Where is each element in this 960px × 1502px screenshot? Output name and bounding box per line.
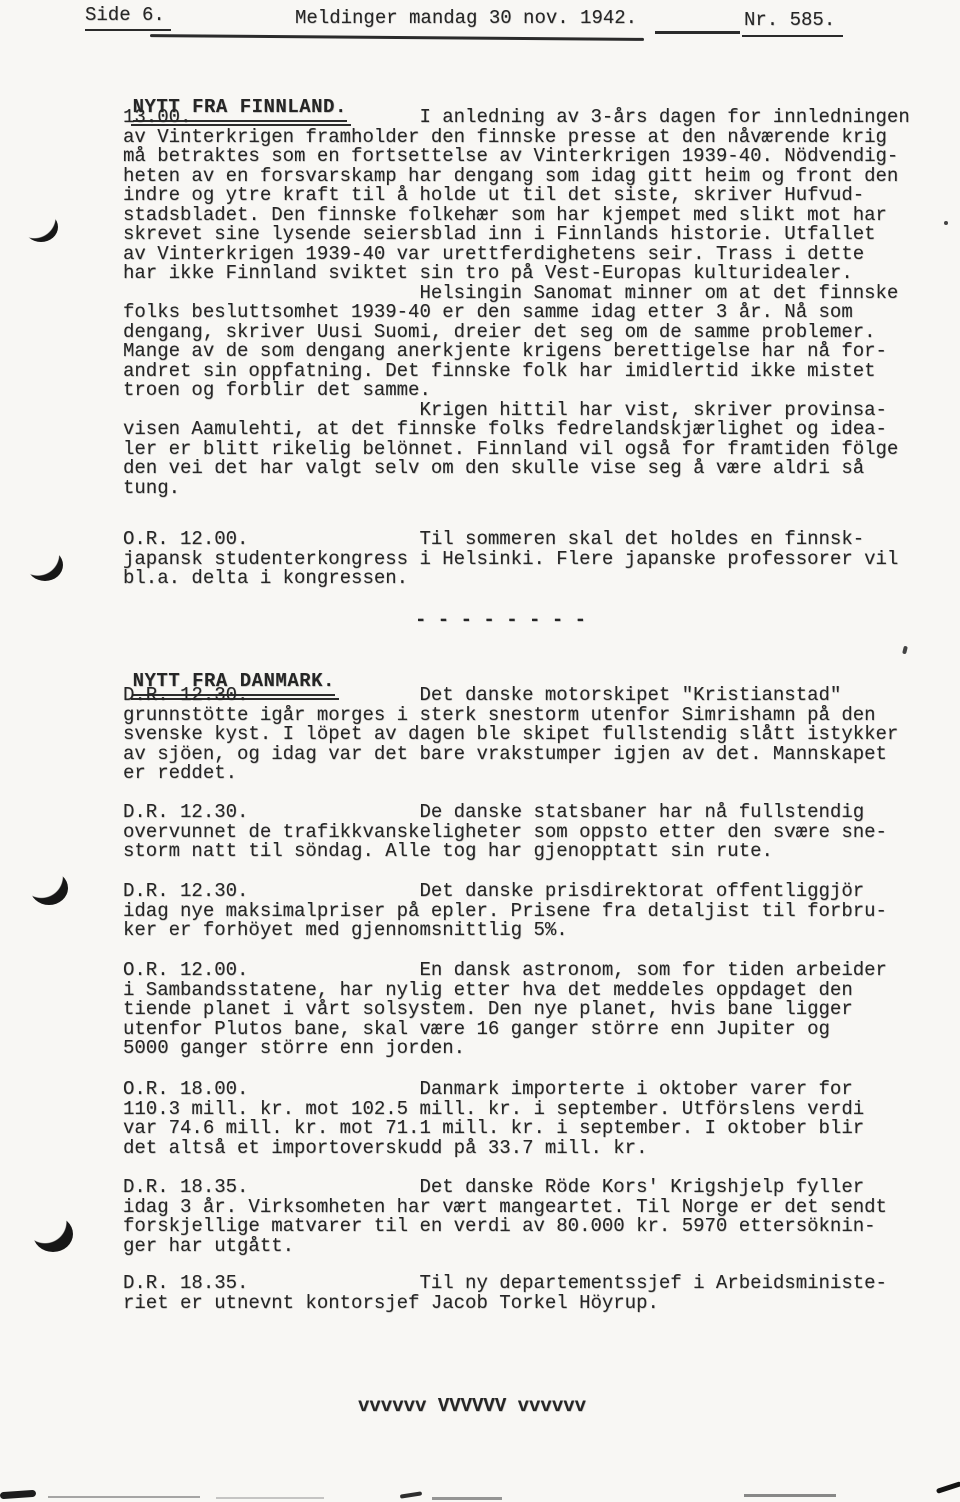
news-paragraph-danmark-astronom: O.R. 12.00. En dansk astronom, som for t… (123, 961, 887, 1059)
news-paragraph-finnland-or1200: O.R. 12.00. Til sommeren skal det holdes… (123, 530, 898, 589)
page-footer-mark: vvvvvv VVVVVV vvvvvv (358, 1395, 586, 1417)
header-underline-segment (655, 31, 740, 34)
ink-blot (24, 212, 58, 242)
scan-smudge (744, 1494, 836, 1497)
news-paragraph-danmark-import: O.R. 18.00. Danmark importerte i oktober… (123, 1080, 864, 1158)
page-number: Side 6. (85, 4, 171, 31)
news-paragraph-danmark-statsbaner: D.R. 12.30. De danske statsbaner har nå … (123, 803, 887, 862)
scan-smudge (0, 1490, 36, 1499)
header-underline (150, 34, 644, 40)
ink-speck (902, 646, 908, 655)
news-paragraph-danmark-rodekors: D.R. 18.35. Det danske Röde Kors' Krigsh… (123, 1178, 887, 1256)
ink-speck (944, 221, 948, 225)
scan-smudge (216, 1497, 324, 1499)
news-paragraph-finnland-1300: 13.00. I anledning av 3-års dagen for in… (123, 108, 910, 498)
news-paragraph-danmark-departementssjef: D.R. 18.35. Til ny departementssjef i Ar… (123, 1274, 887, 1313)
news-paragraph-danmark-kristianstad: D.R. 12.30. Det danske motorskipet "Kris… (123, 686, 898, 784)
section-divider: - - - - - - - - (415, 611, 586, 631)
news-paragraph-danmark-prisdirektorat: D.R. 12.30. Det danske prisdirektorat of… (123, 882, 887, 941)
scan-smudge (936, 1481, 960, 1494)
ink-blot (30, 871, 68, 905)
ink-blot (27, 549, 63, 581)
ink-blot (33, 1216, 73, 1252)
document-page: Side 6. Meldinger mandag 30 nov. 1942. N… (0, 0, 960, 1502)
issue-number: Nr. 585. (742, 9, 843, 37)
scan-smudge (400, 1491, 422, 1498)
scan-smudge (48, 1496, 200, 1498)
scan-smudge (432, 1497, 502, 1500)
bulletin-title: Meldinger mandag 30 nov. 1942. (295, 7, 637, 29)
